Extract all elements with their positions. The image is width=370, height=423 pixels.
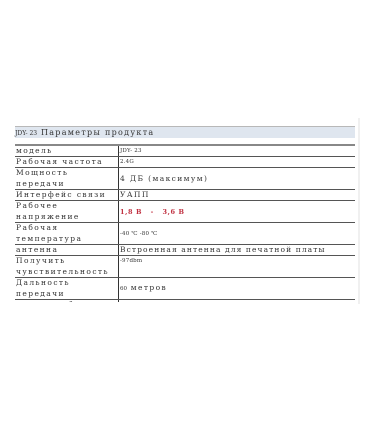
row-key: Интерфейс связи	[15, 190, 119, 201]
voltage-value: 1,8 В - 3,6 В	[119, 201, 356, 223]
row-value: 4 ДБ (максимум)	[119, 168, 356, 190]
table-row: антенна Встроенная антенна для печатной …	[15, 245, 355, 256]
row-value: JDY- 23	[119, 145, 356, 157]
table-row: модель JDY- 23	[15, 145, 355, 157]
row-value: 60 метров	[119, 278, 356, 300]
spec-table: модель JDY- 23 Рабочая частота 2.4G Мощн…	[15, 144, 355, 302]
row-key: Дальность передачи	[15, 278, 119, 300]
row-value: 2.4G	[119, 157, 356, 168]
row-key: Мощность передачи	[15, 168, 119, 190]
range-number: 60	[120, 286, 127, 292]
row-key: Рабочая температура	[15, 223, 119, 245]
table-row: Дальность передачи 60 метров	[15, 278, 355, 300]
row-key: Получить чувствительность	[15, 256, 119, 278]
table-row: мастер-раб	[15, 300, 355, 303]
row-value: УАПП	[119, 190, 356, 201]
range-unit: метров	[131, 283, 167, 292]
row-key: мастер-раб	[15, 300, 119, 303]
row-value: -97dbm	[119, 256, 356, 278]
row-value: Встроенная антенна для печатной платы	[119, 245, 356, 256]
table-title: JDY- 23 Параметры продукта	[15, 126, 355, 138]
table-row: Получить чувствительность -97dbm	[15, 256, 355, 278]
row-value: -40 ℃ -80 ℃	[119, 223, 356, 245]
row-key: модель	[15, 145, 119, 157]
product-parameters-table: JDY- 23 Параметры продукта модель JDY- 2…	[14, 124, 357, 302]
table-row: Рабочая температура -40 ℃ -80 ℃	[15, 223, 355, 245]
row-value	[119, 300, 356, 303]
title-text: Параметры продукта	[41, 128, 155, 137]
table-row: Интерфейс связи УАПП	[15, 190, 355, 201]
table-row: Мощность передачи 4 ДБ (максимум)	[15, 168, 355, 190]
table-row: Рабочее напряжение 1,8 В - 3,6 В	[15, 201, 355, 223]
table-row: Рабочая частота 2.4G	[15, 157, 355, 168]
page-shadow	[358, 118, 360, 304]
row-key: Рабочее напряжение	[15, 201, 119, 223]
row-key: антенна	[15, 245, 119, 256]
title-model: JDY- 23	[15, 130, 37, 137]
row-key: Рабочая частота	[15, 157, 119, 168]
